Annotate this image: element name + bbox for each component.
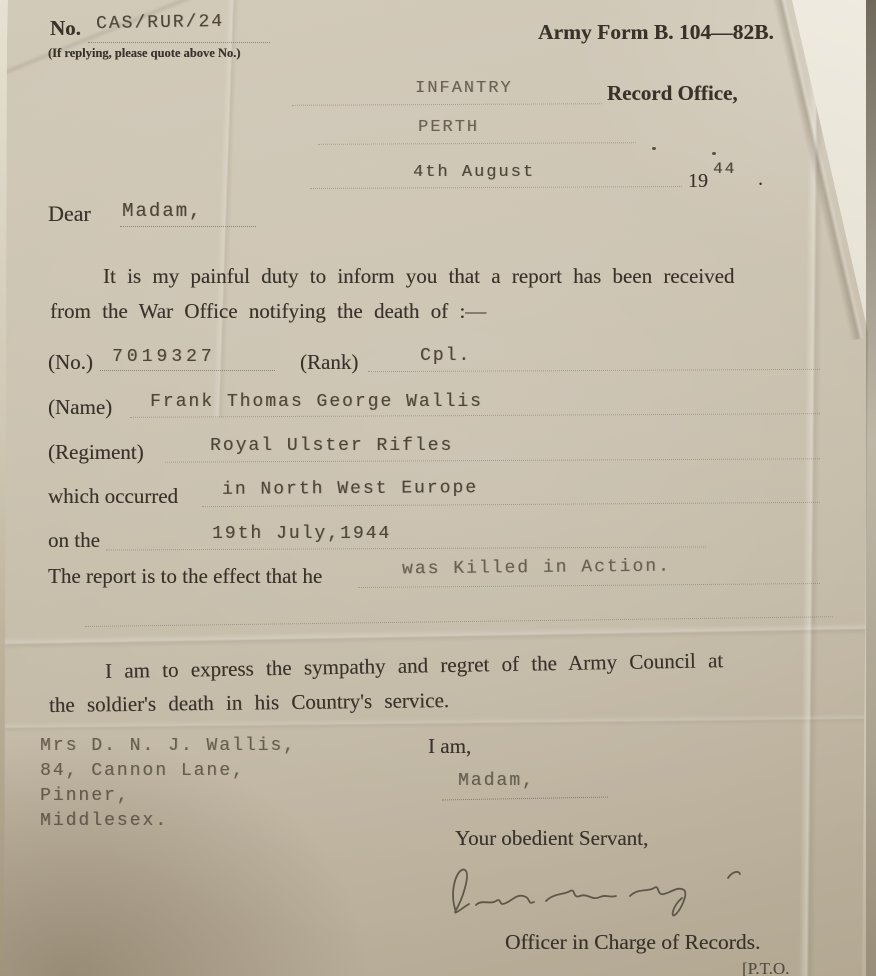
field-regiment-value: Royal Ulster Rifles <box>210 436 453 456</box>
field-rank-underline <box>368 369 820 372</box>
document-photo: No. CAS/RUR/24 (If replying, please quot… <box>0 0 876 976</box>
paper-crease-vertical-left <box>213 0 240 418</box>
field-on-the-label: on the <box>48 528 100 553</box>
addressee-line-1: Mrs D. N. J. Wallis, <box>40 736 296 756</box>
field-name-label: (Name) <box>48 395 112 420</box>
field-name-value: Frank Thomas George Wallis <box>150 392 483 412</box>
reference-no-underline <box>88 42 270 43</box>
photo-right-edge-shadow <box>866 0 876 976</box>
field-name-underline <box>130 413 820 418</box>
form-number: Army Form B. 104—82B. <box>538 20 774 45</box>
reference-no-value: CAS/RUR/24 <box>96 12 224 34</box>
field-no-underline <box>100 370 275 371</box>
record-office-label: Record Office, <box>607 81 738 106</box>
duty-paragraph-line1: It is my painful duty to inform you that… <box>103 264 734 289</box>
field-report-underline <box>358 583 820 588</box>
corner-fold-shadow <box>770 0 865 341</box>
office-location-typed: PERTH <box>418 118 479 137</box>
office-name-underline <box>292 103 602 106</box>
signature-handwriting <box>438 856 758 934</box>
reply-note: (If replying, please quote above No.) <box>48 46 240 61</box>
date-year-printed: 19 <box>688 170 708 193</box>
paper-sheet: No. CAS/RUR/24 (If replying, please quot… <box>0 0 876 976</box>
date-underline <box>310 186 682 189</box>
date-period: . <box>758 168 763 191</box>
field-rank-label: (Rank) <box>300 350 358 375</box>
date-typed: 4th August <box>413 163 535 182</box>
field-report-label: The report is to the effect that he <box>48 564 322 589</box>
closing-servant: Your obedient Servant, <box>455 826 648 851</box>
reference-no-label: No. <box>50 16 81 41</box>
field-no-label: (No.) <box>48 350 93 375</box>
addressee-line-3: Pinner, <box>40 786 130 806</box>
addressee-line-2: 84, Cannon Lane, <box>40 761 245 781</box>
field-occurred-label: which occurred <box>48 484 178 509</box>
office-location-underline <box>318 142 636 145</box>
field-report-value: was Killed in Action. <box>402 557 671 580</box>
addressee-line-4: Middlesex. <box>40 811 168 831</box>
field-regiment-underline <box>165 458 820 462</box>
paper-crease-vertical-right <box>799 0 825 976</box>
field-date-underline <box>106 546 706 550</box>
pto-note: [P.T.O. <box>742 959 789 976</box>
field-occurred-underline <box>202 502 820 507</box>
field-occurred-value: in North West Europe <box>222 478 478 500</box>
office-name-typed: INFANTRY <box>415 79 513 98</box>
ink-speck <box>712 152 716 155</box>
closing-officer: Officer in Charge of Records. <box>505 930 760 955</box>
salutation-printed: Dear <box>48 201 91 227</box>
sympathy-paragraph-line2: the soldier's death in his Country's ser… <box>49 688 449 718</box>
paper-crease-horizontal-mid <box>0 622 876 649</box>
closing-madam-underline <box>442 797 608 801</box>
section-divider-line <box>85 616 833 627</box>
salutation-typed: Madam, <box>122 200 202 222</box>
duty-paragraph-line2: from the War Office notifying the death … <box>50 299 486 324</box>
field-no-value: 7019327 <box>112 347 216 367</box>
field-regiment-label: (Regiment) <box>48 440 144 465</box>
closing-madam-typed: Madam, <box>458 771 535 791</box>
salutation-underline <box>120 226 256 227</box>
sympathy-paragraph-line1: I am to express the sympathy and regret … <box>105 648 724 684</box>
date-year-typed: 44 <box>713 160 736 178</box>
closing-i-am: I am, <box>428 734 471 759</box>
field-rank-value: Cpl. <box>420 346 471 366</box>
ink-speck <box>652 147 656 150</box>
field-date-value: 19th July,1944 <box>212 524 391 544</box>
